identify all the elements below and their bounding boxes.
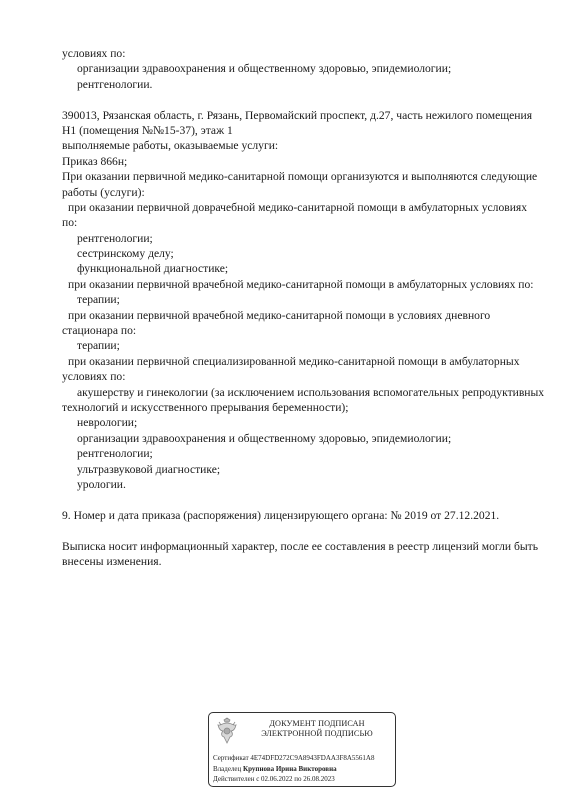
document-body: условиях по:организации здравоохранения … — [62, 46, 532, 569]
electronic-signature-stamp: ДОКУМЕНТ ПОДПИСАН ЭЛЕКТРОННОЙ ПОДПИСЬЮ С… — [208, 712, 396, 787]
document-line: внесены изменения. — [62, 554, 532, 569]
owner-label: Владелец — [213, 765, 241, 773]
document-line: работы (услуги): — [62, 185, 532, 200]
document-line: при оказании первичной специализированно… — [62, 354, 532, 369]
document-line: организации здравоохранения и общественн… — [62, 61, 532, 76]
document-line: при оказании первичной доврачебной медик… — [62, 200, 532, 215]
document-line: при оказании первичной врачебной медико-… — [62, 277, 532, 292]
document-line: ультразвуковой диагностике; — [62, 462, 532, 477]
document-line: условиях по: — [62, 369, 532, 384]
document-line: рентгенологии; — [62, 231, 532, 246]
document-line: Выписка носит информационный характер, п… — [62, 539, 532, 554]
document-line: функциональной диагностике; — [62, 261, 532, 276]
document-line: Приказ 866н; — [62, 154, 532, 169]
document-line: организации здравоохранения и общественн… — [62, 431, 532, 446]
stamp-title-line1: ДОКУМЕНТ ПОДПИСАН — [243, 719, 391, 729]
paragraph-gap — [62, 523, 532, 538]
document-line: сестринскому делу; — [62, 246, 532, 261]
document-line: 390013, Рязанская область, г. Рязань, Пе… — [62, 108, 532, 123]
document-line: Н1 (помещения №№15-37), этаж 1 — [62, 123, 532, 138]
document-line: терапии; — [62, 292, 532, 307]
certificate-label: Сертификат — [213, 754, 249, 762]
document-line: При оказании первичной медико-санитарной… — [62, 169, 532, 184]
document-line: рентгенологии. — [62, 77, 532, 92]
paragraph-gap — [62, 492, 532, 507]
certificate-row: Сертификат 4E74DFD272C9A8943FDAA3F8A5561… — [213, 753, 374, 764]
stamp-title: ДОКУМЕНТ ПОДПИСАН ЭЛЕКТРОННОЙ ПОДПИСЬЮ — [243, 719, 391, 739]
document-line: стационара по: — [62, 323, 532, 338]
document-line: условиях по: — [62, 46, 532, 61]
document-line: по: — [62, 215, 532, 230]
owner-value: Крупнова Ирина Викторовна — [243, 765, 337, 773]
owner-row: Владелец Крупнова Ирина Викторовна — [213, 764, 374, 775]
document-line: 9. Номер и дата приказа (распоряжения) л… — [62, 508, 532, 523]
document-line: рентгенологии; — [62, 446, 532, 461]
stamp-title-line2: ЭЛЕКТРОННОЙ ПОДПИСЬЮ — [243, 729, 391, 739]
document-line: выполняемые работы, оказываемые услуги: — [62, 138, 532, 153]
stamp-meta: Сертификат 4E74DFD272C9A8943FDAA3F8A5561… — [213, 753, 374, 785]
paragraph-gap — [62, 92, 532, 107]
document-line: урологии. — [62, 477, 532, 492]
document-line: терапии; — [62, 338, 532, 353]
document-line: неврологии; — [62, 415, 532, 430]
russian-coat-of-arms-icon — [216, 716, 238, 746]
validity-period: Действителен с 02.06.2022 по 26.08.2023 — [213, 774, 374, 785]
document-line: технологий и искусственного прерывания б… — [62, 400, 532, 415]
document-line: акушерству и гинекологии (за исключением… — [62, 385, 532, 400]
document-line: при оказании первичной врачебной медико-… — [62, 308, 532, 323]
certificate-value: 4E74DFD272C9A8943FDAA3F8A5561A8 — [250, 754, 374, 762]
